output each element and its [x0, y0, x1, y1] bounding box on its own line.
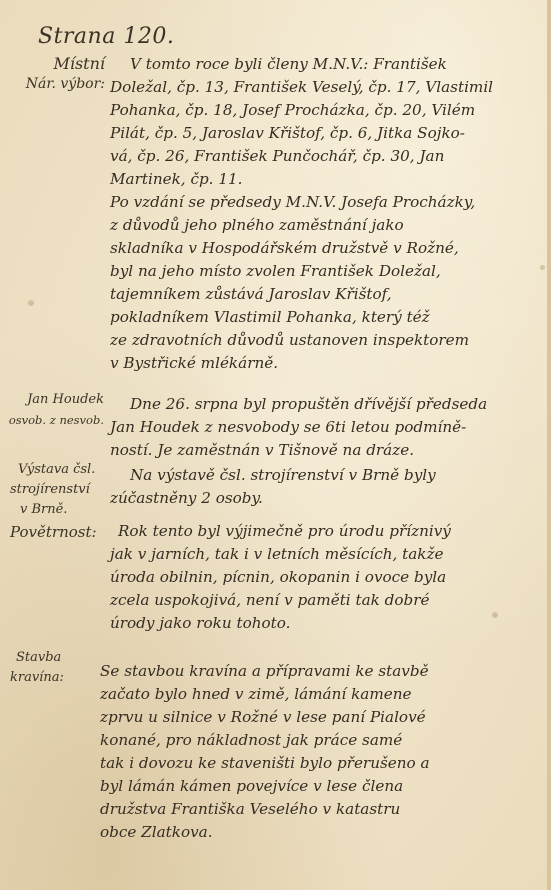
text-line: Se stavbou kravína a přípravami ke stavb…: [100, 660, 500, 683]
text-line: jak v jarních, tak i v letních měsících,…: [110, 543, 510, 566]
text-line: Pohanka, čp. 18, Josef Procházka, čp. 20…: [110, 99, 510, 122]
text-line: úrody jako roku tohoto.: [110, 612, 510, 635]
margin-label-cowshed-construction: Stavba kravína:: [10, 648, 90, 688]
entry-engineering-exhibition: Na výstavě čsl. strojírenství v Brně byl…: [110, 464, 510, 510]
text-line: začato bylo hned v zimě, lámání kamene: [100, 683, 500, 706]
text-line: Martinek, čp. 11.: [110, 168, 510, 191]
entry-weather: Rok tento byl výjimečně pro úrodu přízni…: [110, 520, 510, 635]
chronicle-page: Strana 120. Místní Nár. výbor: V tomto r…: [0, 0, 551, 890]
text-line: vá, čp. 26, František Punčochář, čp. 30,…: [110, 145, 510, 168]
text-line: Doležal, čp. 13, František Veselý, čp. 1…: [110, 76, 510, 99]
margin-label-line: osvob. z nesvob.: [4, 410, 104, 430]
margin-label-line: strojírenství: [4, 480, 104, 500]
text-line: Rok tento byl výjimečně pro úrodu přízni…: [110, 520, 510, 543]
text-line: byl na jeho místo zvolen František Dolež…: [110, 260, 510, 283]
text-line: Dne 26. srpna byl propuštěn dřívější pře…: [110, 393, 510, 416]
text-line: Pilát, čp. 5, Jaroslav Křištof, čp. 6, J…: [110, 122, 510, 145]
text-line: obce Zlatkova.: [100, 821, 500, 844]
entry-jan-houdek: Dne 26. srpna byl propuštěn dřívější pře…: [110, 393, 510, 462]
text-line: zprvu u silnice v Rožné v lese paní Pial…: [100, 706, 500, 729]
page-number-label: Strana 120.: [38, 24, 174, 49]
text-line: družstva Františka Veselého v katastru: [100, 798, 500, 821]
text-line: ností. Je zaměstnán v Tišnově na dráze.: [110, 439, 510, 462]
margin-label-line: Výstava čsl.: [4, 460, 104, 480]
text-line: skladníka v Hospodářském družstvě v Rožn…: [110, 237, 510, 260]
text-line: Po vzdání se předsedy M.N.V. Josefa Proc…: [110, 191, 510, 214]
margin-label-line: kravína:: [10, 668, 90, 688]
text-line: konané, pro nákladnost jak práce samé: [100, 729, 500, 752]
text-line: Jan Houdek z nesvobody se 6ti letou podm…: [110, 416, 510, 439]
text-line: tak i dovozu ke staveništi bylo přerušen…: [100, 752, 500, 775]
text-line: úroda obilnin, pícnin, okopanin i ovoce …: [110, 566, 510, 589]
margin-label-line: Povětrnost:: [10, 522, 110, 542]
text-line: Na výstavě čsl. strojírenství v Brně byl…: [110, 464, 510, 487]
text-line: v Bystřické mlékárně.: [110, 352, 510, 375]
margin-label-line: Místní: [10, 54, 105, 74]
paper-stain: [28, 300, 34, 306]
text-line: zcela uspokojivá, není v paměti tak dobr…: [110, 589, 510, 612]
text-line: byl lámán kámen povejvíce v lese člena: [100, 775, 500, 798]
margin-label-engineering-exhibition: Výstava čsl. strojírenství v Brně.: [4, 460, 104, 520]
paper-stain: [540, 265, 545, 270]
margin-label-line: Stavba: [10, 648, 90, 668]
margin-label-line: Nár. výbor:: [10, 74, 105, 94]
text-line: z důvodů jeho plného zaměstnání jako: [110, 214, 510, 237]
margin-label-jan-houdek: Jan Houdek osvob. z nesvob.: [4, 390, 104, 430]
margin-label-line: Jan Houdek: [4, 390, 104, 410]
text-line: V tomto roce byli členy M.N.V.: Františe…: [110, 53, 510, 76]
entry-local-committee: V tomto roce byli členy M.N.V.: Františe…: [110, 53, 510, 375]
margin-label-weather: Povětrnost:: [10, 522, 110, 542]
margin-label-local-committee: Místní Nár. výbor:: [10, 54, 105, 94]
entry-cowshed-construction: Se stavbou kravína a přípravami ke stavb…: [100, 660, 500, 844]
text-line: ze zdravotních důvodů ustanoven inspekto…: [110, 329, 510, 352]
text-line: zúčastněny 2 osoby.: [110, 487, 510, 510]
text-line: pokladníkem Vlastimil Pohanka, který též: [110, 306, 510, 329]
text-line: tajemníkem zůstává Jaroslav Křištof,: [110, 283, 510, 306]
margin-label-line: v Brně.: [4, 500, 104, 520]
